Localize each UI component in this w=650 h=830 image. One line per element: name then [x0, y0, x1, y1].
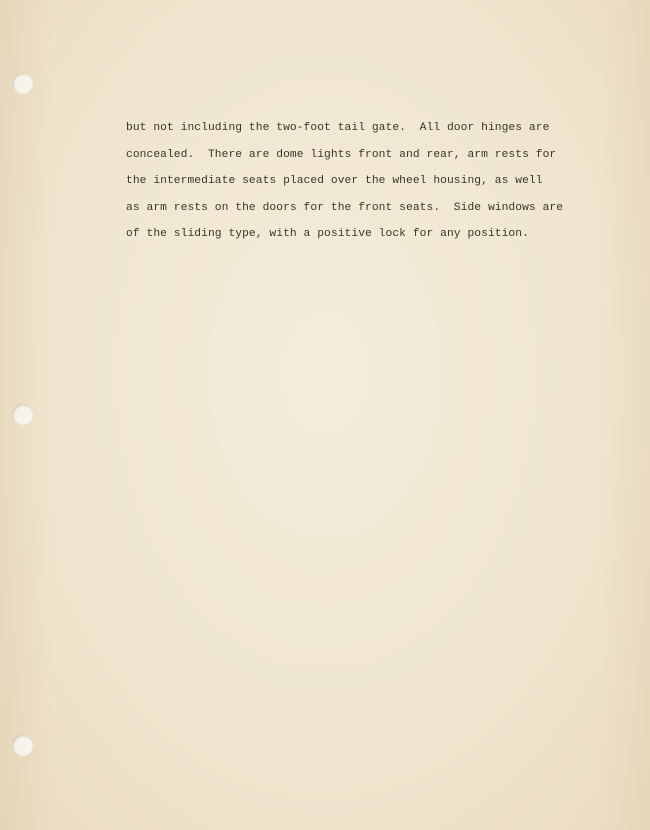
typed-paragraph: but not including the two-foot tail gate…	[126, 118, 566, 251]
punch-hole-middle	[12, 404, 33, 425]
text-line: of the sliding type, with a positive loc…	[126, 224, 566, 251]
text-line: as arm rests on the doors for the front …	[126, 198, 566, 225]
punch-hole-top	[12, 73, 33, 94]
text-line: concealed. There are dome lights front a…	[126, 145, 566, 172]
text-line: the intermediate seats placed over the w…	[126, 171, 566, 198]
text-line: but not including the two-foot tail gate…	[126, 118, 566, 145]
punch-hole-bottom	[12, 735, 33, 756]
typed-page: but not including the two-foot tail gate…	[0, 0, 650, 830]
